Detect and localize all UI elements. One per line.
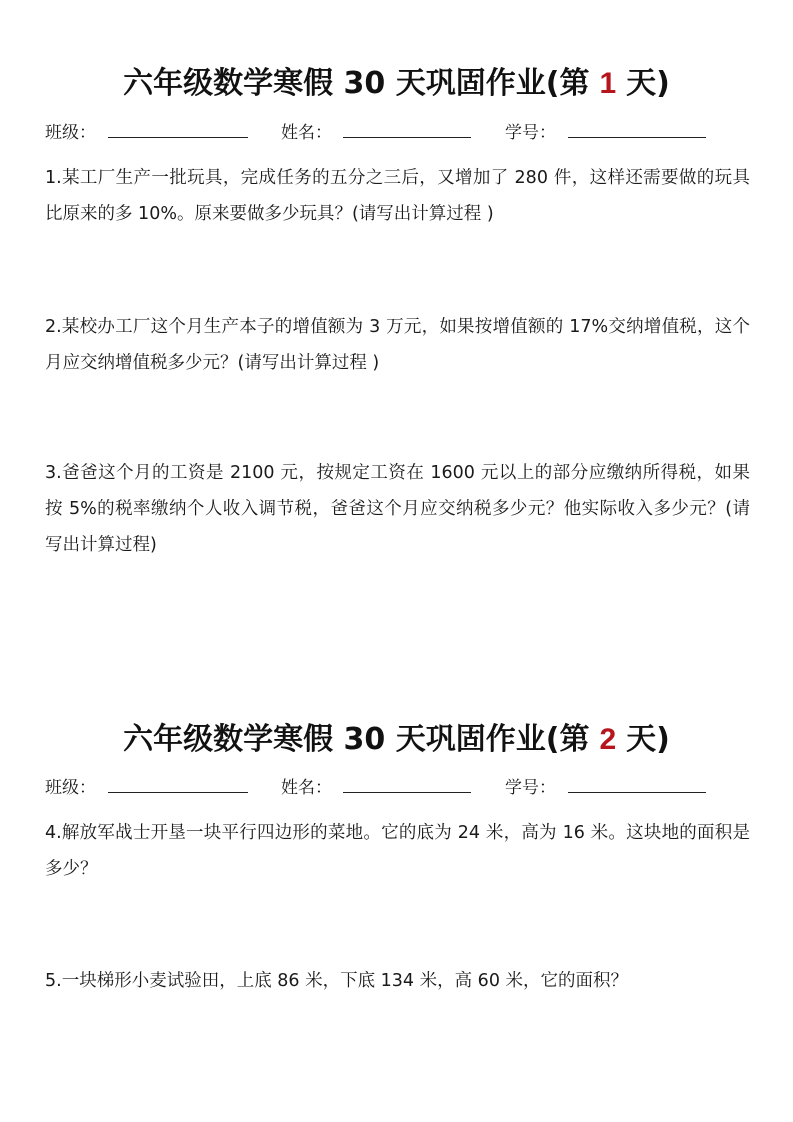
question-text: 某工厂生产一批玩具，完成任务的五分之三后，又增加了 280 件，这样还需要做的玩…: [45, 168, 750, 224]
name-label: 姓名：: [281, 773, 332, 798]
title-suffix: 天): [626, 722, 670, 757]
question-3: 3.爸爸这个月的工资是 2100 元，按规定工资在 1600 元以上的部分应缴纳…: [45, 455, 750, 563]
class-label: 班级：: [45, 118, 96, 143]
class-blank[interactable]: [108, 137, 248, 138]
question-text: 爸爸这个月的工资是 2100 元，按规定工资在 1600 元以上的部分应缴纳所得…: [45, 463, 750, 555]
question-text: 解放军战士开垦一块平行四边形的菜地。它的底为 24 米，高为 16 米。这块地的…: [45, 823, 750, 879]
question-4: 4.解放军战士开垦一块平行四边形的菜地。它的底为 24 米，高为 16 米。这块…: [45, 815, 750, 887]
title-prefix: 六年级数学寒假 30 天巩固作业(第: [123, 722, 589, 757]
name-label: 姓名：: [281, 118, 332, 143]
day-number: 2: [599, 723, 616, 756]
student-id-blank[interactable]: [568, 137, 706, 138]
question-number: 4.: [45, 823, 62, 843]
name-blank[interactable]: [343, 137, 471, 138]
worksheet-title: 六年级数学寒假 30 天巩固作业(第1天): [0, 58, 793, 102]
question-5: 5.一块梯形小麦试验田，上底 86 米，下底 134 米，高 60 米，它的面积…: [45, 963, 750, 999]
class-blank[interactable]: [108, 792, 248, 793]
student-id-blank[interactable]: [568, 792, 706, 793]
title-suffix: 天): [626, 66, 670, 101]
day-number: 1: [599, 67, 616, 100]
question-number: 5.: [45, 971, 62, 991]
title-prefix: 六年级数学寒假 30 天巩固作业(第: [123, 66, 589, 101]
question-number: 2.: [45, 317, 62, 337]
question-text: 一块梯形小麦试验田，上底 86 米，下底 134 米，高 60 米，它的面积？: [62, 971, 628, 991]
name-blank[interactable]: [343, 792, 471, 793]
question-2: 2.某校办工厂这个月生产本子的增值额为 3 万元，如果按增值额的 17%交纳增值…: [45, 309, 750, 381]
class-label: 班级：: [45, 773, 96, 798]
question-number: 1.: [45, 168, 62, 188]
worksheet-title: 六年级数学寒假 30 天巩固作业(第2天): [0, 714, 793, 758]
student-id-label: 学号：: [505, 773, 556, 798]
question-1: 1.某工厂生产一批玩具，完成任务的五分之三后，又增加了 280 件，这样还需要做…: [45, 160, 750, 232]
student-id-label: 学号：: [505, 118, 556, 143]
question-text: 某校办工厂这个月生产本子的增值额为 3 万元，如果按增值额的 17%交纳增值税，…: [45, 317, 750, 373]
question-number: 3.: [45, 463, 62, 483]
